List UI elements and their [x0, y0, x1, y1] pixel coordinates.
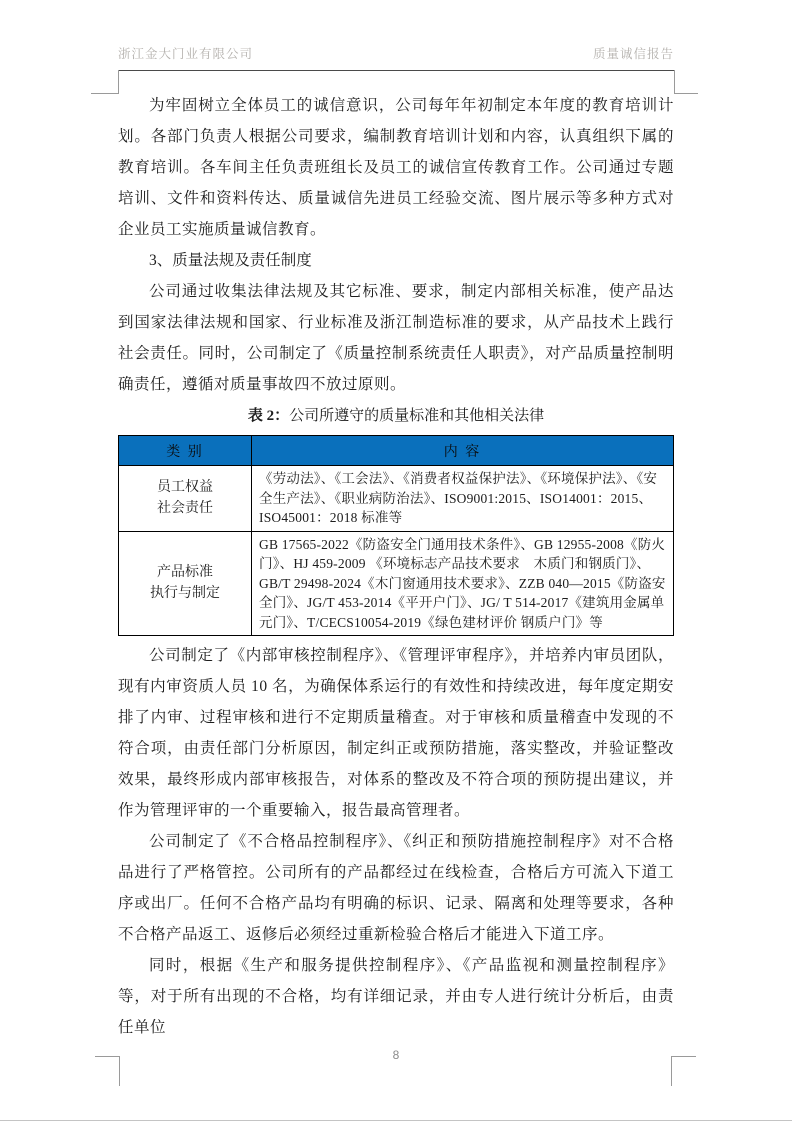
- paragraph-monitoring: 同时，根据《生产和服务提供控制程序》、《产品监视和测量控制程序》等，对于所有出现…: [118, 950, 674, 1043]
- document-page: 浙江金大门业有限公司 质量诚信报告 为牢固树立全体员工的诚信意识，公司每年年初制…: [0, 0, 792, 1122]
- page-header: 浙江金大门业有限公司 质量诚信报告: [118, 44, 674, 62]
- paragraph-regulations: 公司通过收集法律法规及其它标准、要求，制定内部相关标准，使产品达到国家法律法规和…: [118, 276, 674, 400]
- paragraph-internal-audit: 公司制定了《内部审核控制程序》、《管理评审程序》，并培养内审员团队，现有内审资质…: [118, 640, 674, 826]
- table-row: 员工权益 社会责任 《劳动法》、《工会法》、《消费者权益保护法》、《环境保护法》…: [119, 466, 674, 532]
- body-text-column: 为牢固树立全体员工的诚信意识，公司每年年初制定本年度的教育培训计划。各部门负责人…: [118, 90, 674, 1043]
- content-cell-standards: GB 17565-2022《防盗安全门通用技术条件》、GB 12955-2008…: [252, 531, 674, 636]
- header-company-name: 浙江金大门业有限公司: [118, 44, 253, 62]
- category-cell-employee-rights: 员工权益 社会责任: [119, 466, 252, 532]
- category-line: 社会责任: [120, 498, 250, 519]
- standards-table: 类 别 内 容 员工权益 社会责任 《劳动法》、《工会法》、《消费者权益保护法》…: [118, 435, 674, 636]
- content-cell-laws: 《劳动法》、《工会法》、《消费者权益保护法》、《环境保护法》、《安全生产法》、《…: [252, 466, 674, 532]
- section-heading-3: 3、质量法规及责任制度: [118, 245, 674, 276]
- paragraph-training: 为牢固树立全体员工的诚信意识，公司每年年初制定本年度的教育培训计划。各部门负责人…: [118, 90, 674, 245]
- page-bottom-edge: [0, 1120, 792, 1121]
- table-row: 产品标准 执行与制定 GB 17565-2022《防盗安全门通用技术条件》、GB…: [119, 531, 674, 636]
- table-caption-number: 表 2：: [248, 408, 289, 424]
- header-rule: [118, 70, 674, 71]
- category-line: 产品标准: [120, 562, 250, 583]
- category-line: 执行与制定: [120, 583, 250, 604]
- paragraph-nonconforming-control: 公司制定了《不合格品控制程序》、《纠正和预防措施控制程序》对不合格品进行了严格管…: [118, 826, 674, 950]
- table-caption-text: 公司所遵守的质量标准和其他相关法律: [289, 408, 544, 424]
- category-cell-product-standards: 产品标准 执行与制定: [119, 531, 252, 636]
- table-caption: 表 2：公司所遵守的质量标准和其他相关法律: [118, 402, 674, 431]
- crop-mark-top-left: [91, 70, 119, 94]
- category-line: 员工权益: [120, 477, 250, 498]
- header-doc-title: 质量诚信报告: [593, 44, 674, 62]
- crop-mark-top-right: [674, 70, 698, 94]
- page-number: 8: [0, 1048, 792, 1062]
- table-header-row: 类 别 内 容: [119, 436, 674, 466]
- column-header-content: 内 容: [252, 436, 674, 466]
- column-header-category: 类 别: [119, 436, 252, 466]
